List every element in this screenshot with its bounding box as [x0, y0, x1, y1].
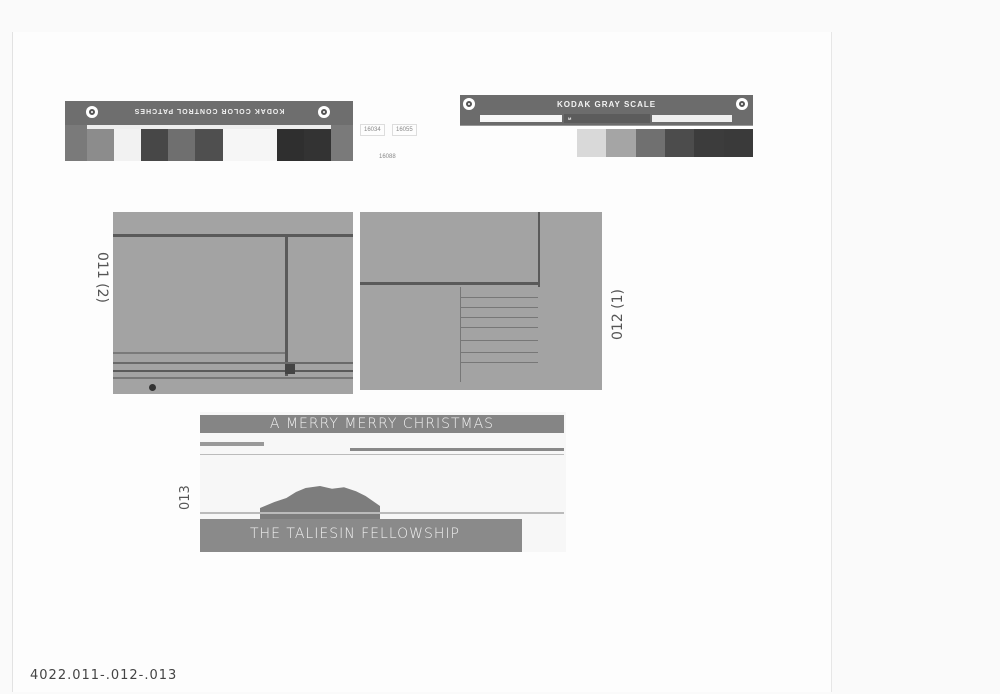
gray-scale-title: KODAK GRAY SCALE: [460, 100, 753, 109]
photo-label-012: 012 (1): [610, 289, 626, 340]
gray-scale-white-bar: [652, 115, 732, 122]
gray-step: [724, 129, 753, 157]
gray-step: [577, 129, 606, 157]
banner-top-band: A MERRY MERRY CHRISTMAS: [200, 415, 564, 433]
color-patches: [87, 129, 331, 161]
color-patch: [114, 129, 141, 161]
photo-012: [360, 212, 602, 390]
gray-step: [606, 129, 635, 157]
color-patch: [223, 129, 250, 161]
registration-target-icon: [86, 106, 98, 118]
kodak-gray-scale: KODAK GRAY SCALE M: [460, 95, 753, 157]
gray-scale-steps: [577, 129, 753, 157]
tree-silhouette: [260, 484, 380, 524]
photo-label-013: 013: [178, 485, 193, 510]
photo-011: [113, 212, 353, 394]
photo-label-011: 011 (2): [94, 252, 110, 303]
color-patch: [141, 129, 168, 161]
color-patch: [195, 129, 222, 161]
gray-step: [636, 129, 665, 157]
ref-number: 16088: [376, 152, 399, 162]
kodak-color-control-patches: KODAK COLOR CONTROL PATCHES: [65, 101, 353, 161]
registration-target-icon: [463, 98, 475, 110]
color-patch: [304, 129, 331, 161]
banner-top-text: A MERRY MERRY CHRISTMAS: [200, 416, 564, 432]
gray-step: [665, 129, 694, 157]
color-chart-title: KODAK COLOR CONTROL PATCHES: [65, 107, 353, 114]
registration-target-icon: [318, 106, 330, 118]
color-patch: [87, 129, 114, 161]
gray-step: [694, 129, 723, 157]
banner-bottom-text: THE TALIESIN FELLOWSHIP: [200, 526, 572, 542]
banner-bottom-band: THE TALIESIN FELLOWSHIP: [200, 519, 522, 552]
photo-013-christmas-card: A MERRY MERRY CHRISTMAS THE TALIESIN FEL…: [200, 412, 566, 552]
ref-number: 16055: [392, 124, 417, 136]
color-patch: [168, 129, 195, 161]
ref-number: 16034: [360, 124, 385, 136]
gray-scale-white-bar: [480, 115, 562, 122]
color-patch: [277, 129, 304, 161]
catalog-id: 4022.011-.012-.013: [30, 668, 177, 683]
gray-scale-badge: M: [564, 114, 650, 123]
color-patch: [250, 129, 277, 161]
registration-target-icon: [736, 98, 748, 110]
color-chart-header: KODAK COLOR CONTROL PATCHES: [65, 101, 353, 125]
